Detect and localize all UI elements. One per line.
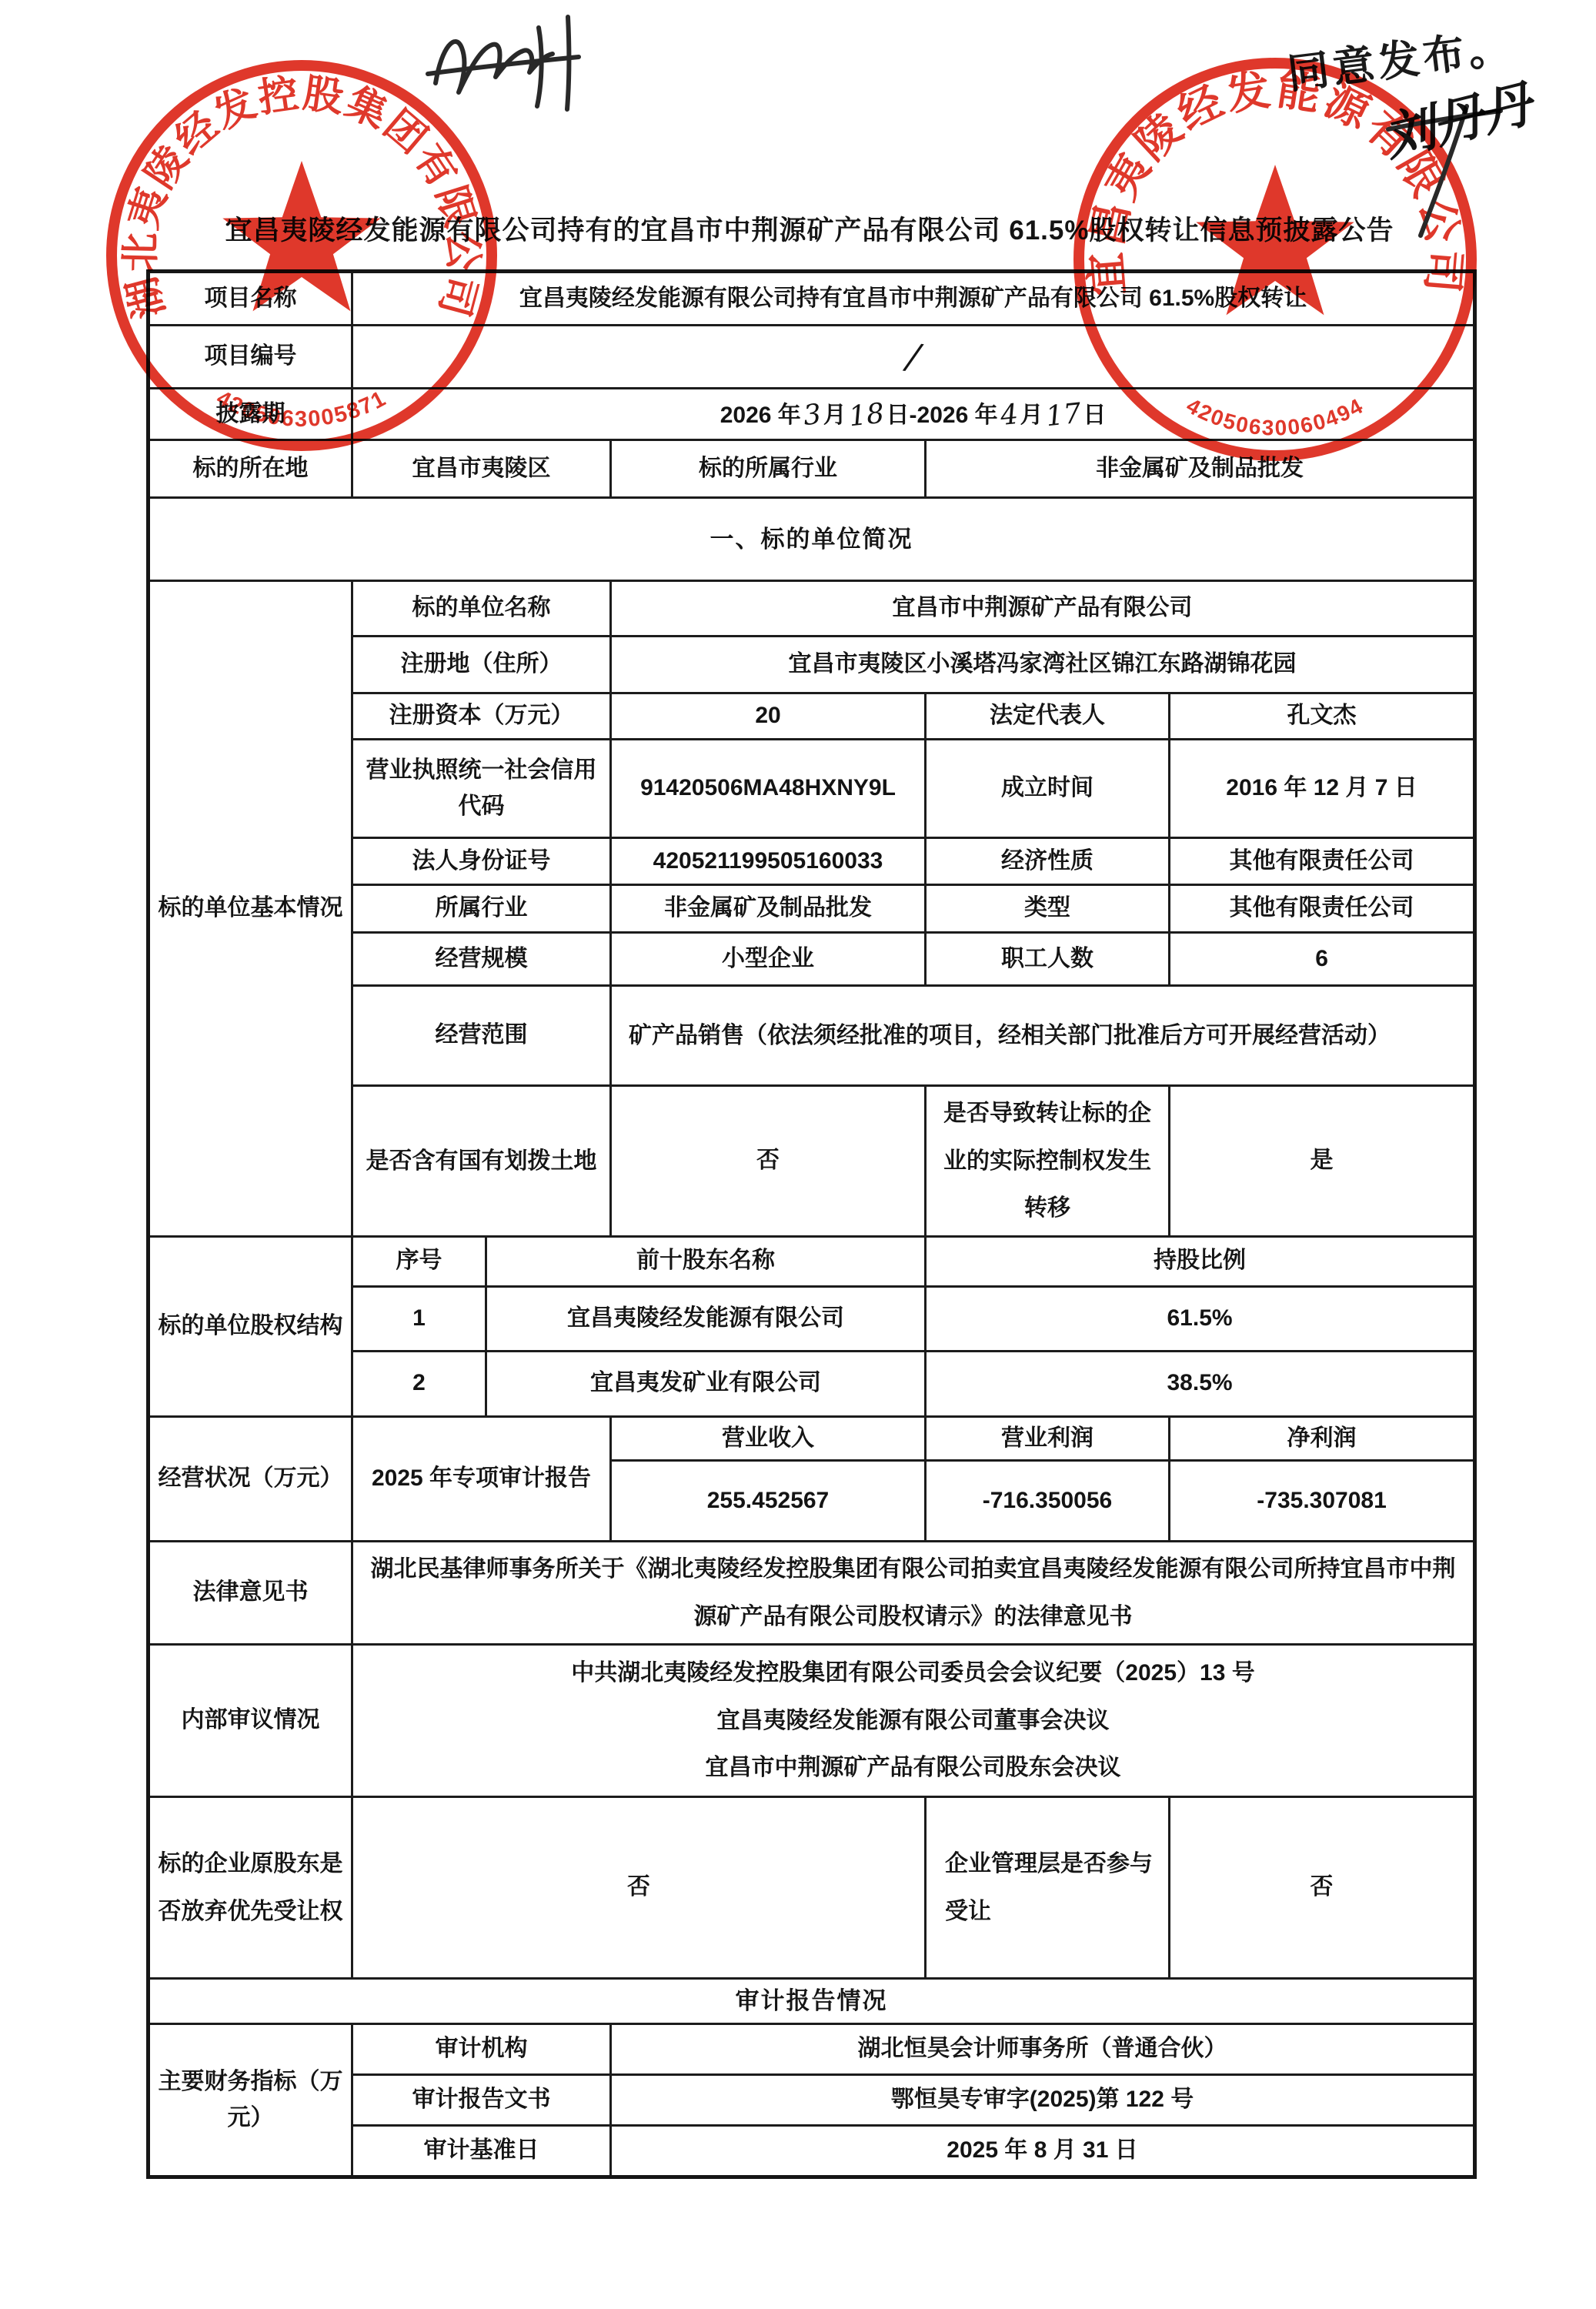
period-printed: 月 [1020,403,1043,428]
type-label: 类型 [926,885,1170,933]
table-row: 法律意见书 湖北民基律师事务所关于《湖北夷陵经发控股集团有限公司拍卖宜昌夷陵经发… [149,1542,1475,1645]
sector-value: 非金属矿及制品批发 [611,885,926,933]
equity-col-no: 序号 [352,1236,486,1286]
capital-value: 20 [611,693,926,740]
employees-label: 职工人数 [926,933,1170,986]
economic-nature-label: 经济性质 [926,838,1170,885]
equity-no: 2 [352,1351,486,1416]
equity-col-name: 前十股东名称 [486,1236,926,1286]
section-row: 一、标的单位简况 [149,498,1475,581]
period-printed: 日 [1083,403,1106,428]
waiver-value: 否 [352,1797,926,1979]
type-value: 其他有限责任公司 [1170,885,1475,933]
operating-net: -735.307081 [1170,1461,1475,1542]
operating-col-net: 净利润 [1170,1416,1475,1461]
table-row: 标的单位基本情况 标的单位名称 宜昌市中荆源矿产品有限公司 [149,581,1475,637]
internal-review-label: 内部审议情况 [149,1645,352,1797]
section-title-basic: 一、标的单位简况 [149,498,1475,581]
disclosure-table: 项目名称 宜昌夷陵经发能源有限公司持有宜昌市中荆源矿产品有限公司 61.5%股权… [146,269,1477,2179]
internal-review-line: 宜昌市中荆源矿产品有限公司股东会决议 [361,1744,1465,1792]
industry-label: 标的所属行业 [611,440,926,498]
audit-org-value: 湖北恒昊会计师事务所（普通合伙） [611,2024,1475,2075]
management-transferee-value: 否 [1170,1797,1475,1979]
scale-value: 小型企业 [611,933,926,986]
operating-profit: -716.350056 [926,1461,1170,1542]
project-no-value: / [352,326,1475,389]
location-value: 宜昌市夷陵区 [352,440,611,498]
address-label: 注册地（住所） [352,637,611,693]
basic-group-label: 标的单位基本情况 [149,581,352,1237]
legal-opinion-value: 湖北民基律师事务所关于《湖北夷陵经发控股集团有限公司拍卖宜昌夷陵经发能源有限公司… [352,1542,1475,1645]
equity-holder-ratio: 38.5% [926,1351,1475,1416]
handwritten-day-end: 17 [1041,393,1085,439]
audit-doc-label: 审计报告文书 [352,2075,611,2126]
equity-holder-name: 宜昌夷发矿业有限公司 [486,1351,926,1416]
scope-value: 矿产品销售（依法须经批准的项目，经相关部门批准后方可开展经营活动） [611,986,1475,1086]
project-no-label: 项目编号 [149,326,352,389]
legal-id-label: 法人身份证号 [352,838,611,885]
audit-date-value: 2025 年 8 月 31 日 [611,2126,1475,2177]
equity-group-label: 标的单位股权结构 [149,1236,352,1416]
section-row: 审计报告情况 [149,1979,1475,2024]
handwritten-slash: / [903,329,923,385]
scale-label: 经营规模 [352,933,611,986]
table-row: 标的所在地 宜昌市夷陵区 标的所属行业 非金属矿及制品批发 [149,440,1475,498]
audit-date-label: 审计基准日 [352,2126,611,2177]
control-transfer-value: 是 [1170,1086,1475,1237]
period-label: 披露期 [149,389,352,440]
audit-doc-value: 鄂恒昊专审字(2025)第 122 号 [611,2075,1475,2126]
employees-value: 6 [1170,933,1475,986]
internal-review-line: 中共湖北夷陵经发控股集团有限公司委员会会议纪要（2025）13 号 [361,1649,1465,1697]
address-value: 宜昌市夷陵区小溪塔冯家湾社区锦江东路湖锦花园 [611,637,1475,693]
operating-header-row: 经营状况（万元） 2025 年专项审计报告 营业收入 营业利润 净利润 [149,1416,1475,1461]
period-value: 2026 年3月18日-2026 年4月17日 [352,389,1475,440]
internal-review-line: 宜昌夷陵经发能源有限公司董事会决议 [361,1697,1465,1745]
equity-holder-name: 宜昌夷陵经发能源有限公司 [486,1286,926,1351]
table-row: 标的企业原股东是否放弃优先受让权 否 企业管理层是否参与受让 否 [149,1797,1475,1979]
legal-id-value: 420521199505160033 [611,838,926,885]
handwritten-month-end: 4 [996,393,1023,439]
founded-value: 2016 年 12 月 7 日 [1170,740,1475,838]
handwritten-month-start: 3 [799,393,826,439]
period-printed: 日-2026 年 [886,403,998,428]
equity-col-ratio: 持股比例 [926,1236,1475,1286]
license-code-label: 营业执照统一社会信用代码 [352,740,611,838]
industry-value: 非金属矿及制品批发 [926,440,1475,498]
document-title: 宜昌夷陵经发能源有限公司持有的宜昌市中荆源矿产品有限公司 61.5%股权转让信息… [146,209,1473,248]
state-land-value: 否 [611,1086,926,1237]
handwritten-initial-scribble [428,17,579,109]
handwritten-day-start: 18 [844,393,888,439]
audit-group-label: 主要财务指标（万元） [149,2024,352,2177]
table-row: 项目编号 / [149,326,1475,389]
legal-opinion-label: 法律意见书 [149,1542,352,1645]
capital-label: 注册资本（万元） [352,693,611,740]
sector-label: 所属行业 [352,885,611,933]
equity-holder-ratio: 61.5% [926,1286,1475,1351]
legal-rep-value: 孔文杰 [1170,693,1475,740]
period-printed: 2026 年 [720,403,801,428]
unit-name-label: 标的单位名称 [352,581,611,637]
equity-no: 1 [352,1286,486,1351]
management-transferee-label: 企业管理层是否参与受让 [926,1797,1170,1979]
table-row: 主要财务指标（万元） 审计机构 湖北恒昊会计师事务所（普通合伙） [149,2024,1475,2075]
scope-label: 经营范围 [352,986,611,1086]
equity-header-row: 标的单位股权结构 序号 前十股东名称 持股比例 [149,1236,1475,1286]
location-label: 标的所在地 [149,440,352,498]
founded-label: 成立时间 [926,740,1170,838]
operating-group-label: 经营状况（万元） [149,1416,352,1542]
table-row: 披露期 2026 年3月18日-2026 年4月17日 [149,389,1475,440]
project-name-label: 项目名称 [149,272,352,326]
legal-rep-label: 法定代表人 [926,693,1170,740]
table-row: 内部审议情况 中共湖北夷陵经发控股集团有限公司委员会会议纪要（2025）13 号… [149,1645,1475,1797]
economic-nature-value: 其他有限责任公司 [1170,838,1475,885]
audit-org-label: 审计机构 [352,2024,611,2075]
internal-review-value: 中共湖北夷陵经发控股集团有限公司委员会会议纪要（2025）13 号 宜昌夷陵经发… [352,1645,1475,1797]
table-row: 项目名称 宜昌夷陵经发能源有限公司持有宜昌市中荆源矿产品有限公司 61.5%股权… [149,272,1475,326]
control-transfer-label: 是否导致转让标的企业的实际控制权发生转移 [926,1086,1170,1237]
license-code-value: 91420506MA48HXNY9L [611,740,926,838]
operating-col-revenue: 营业收入 [611,1416,926,1461]
state-land-label: 是否含有国有划拨土地 [352,1086,611,1237]
operating-col-profit: 营业利润 [926,1416,1170,1461]
project-name-value: 宜昌夷陵经发能源有限公司持有宜昌市中荆源矿产品有限公司 61.5%股权转让 [352,272,1475,326]
operating-report-label: 2025 年专项审计报告 [352,1416,611,1542]
operating-revenue: 255.452567 [611,1461,926,1542]
period-printed: 月 [823,403,846,428]
scanned-document-page: 同意发布。 刘丹丹 宜昌夷陵经发能源有限公司持有的宜昌市中荆源矿产品有限公司 6… [0,0,1596,2309]
waiver-label: 标的企业原股东是否放弃优先受让权 [149,1797,352,1979]
unit-name-value: 宜昌市中荆源矿产品有限公司 [611,581,1475,637]
section-title-audit: 审计报告情况 [149,1979,1475,2024]
